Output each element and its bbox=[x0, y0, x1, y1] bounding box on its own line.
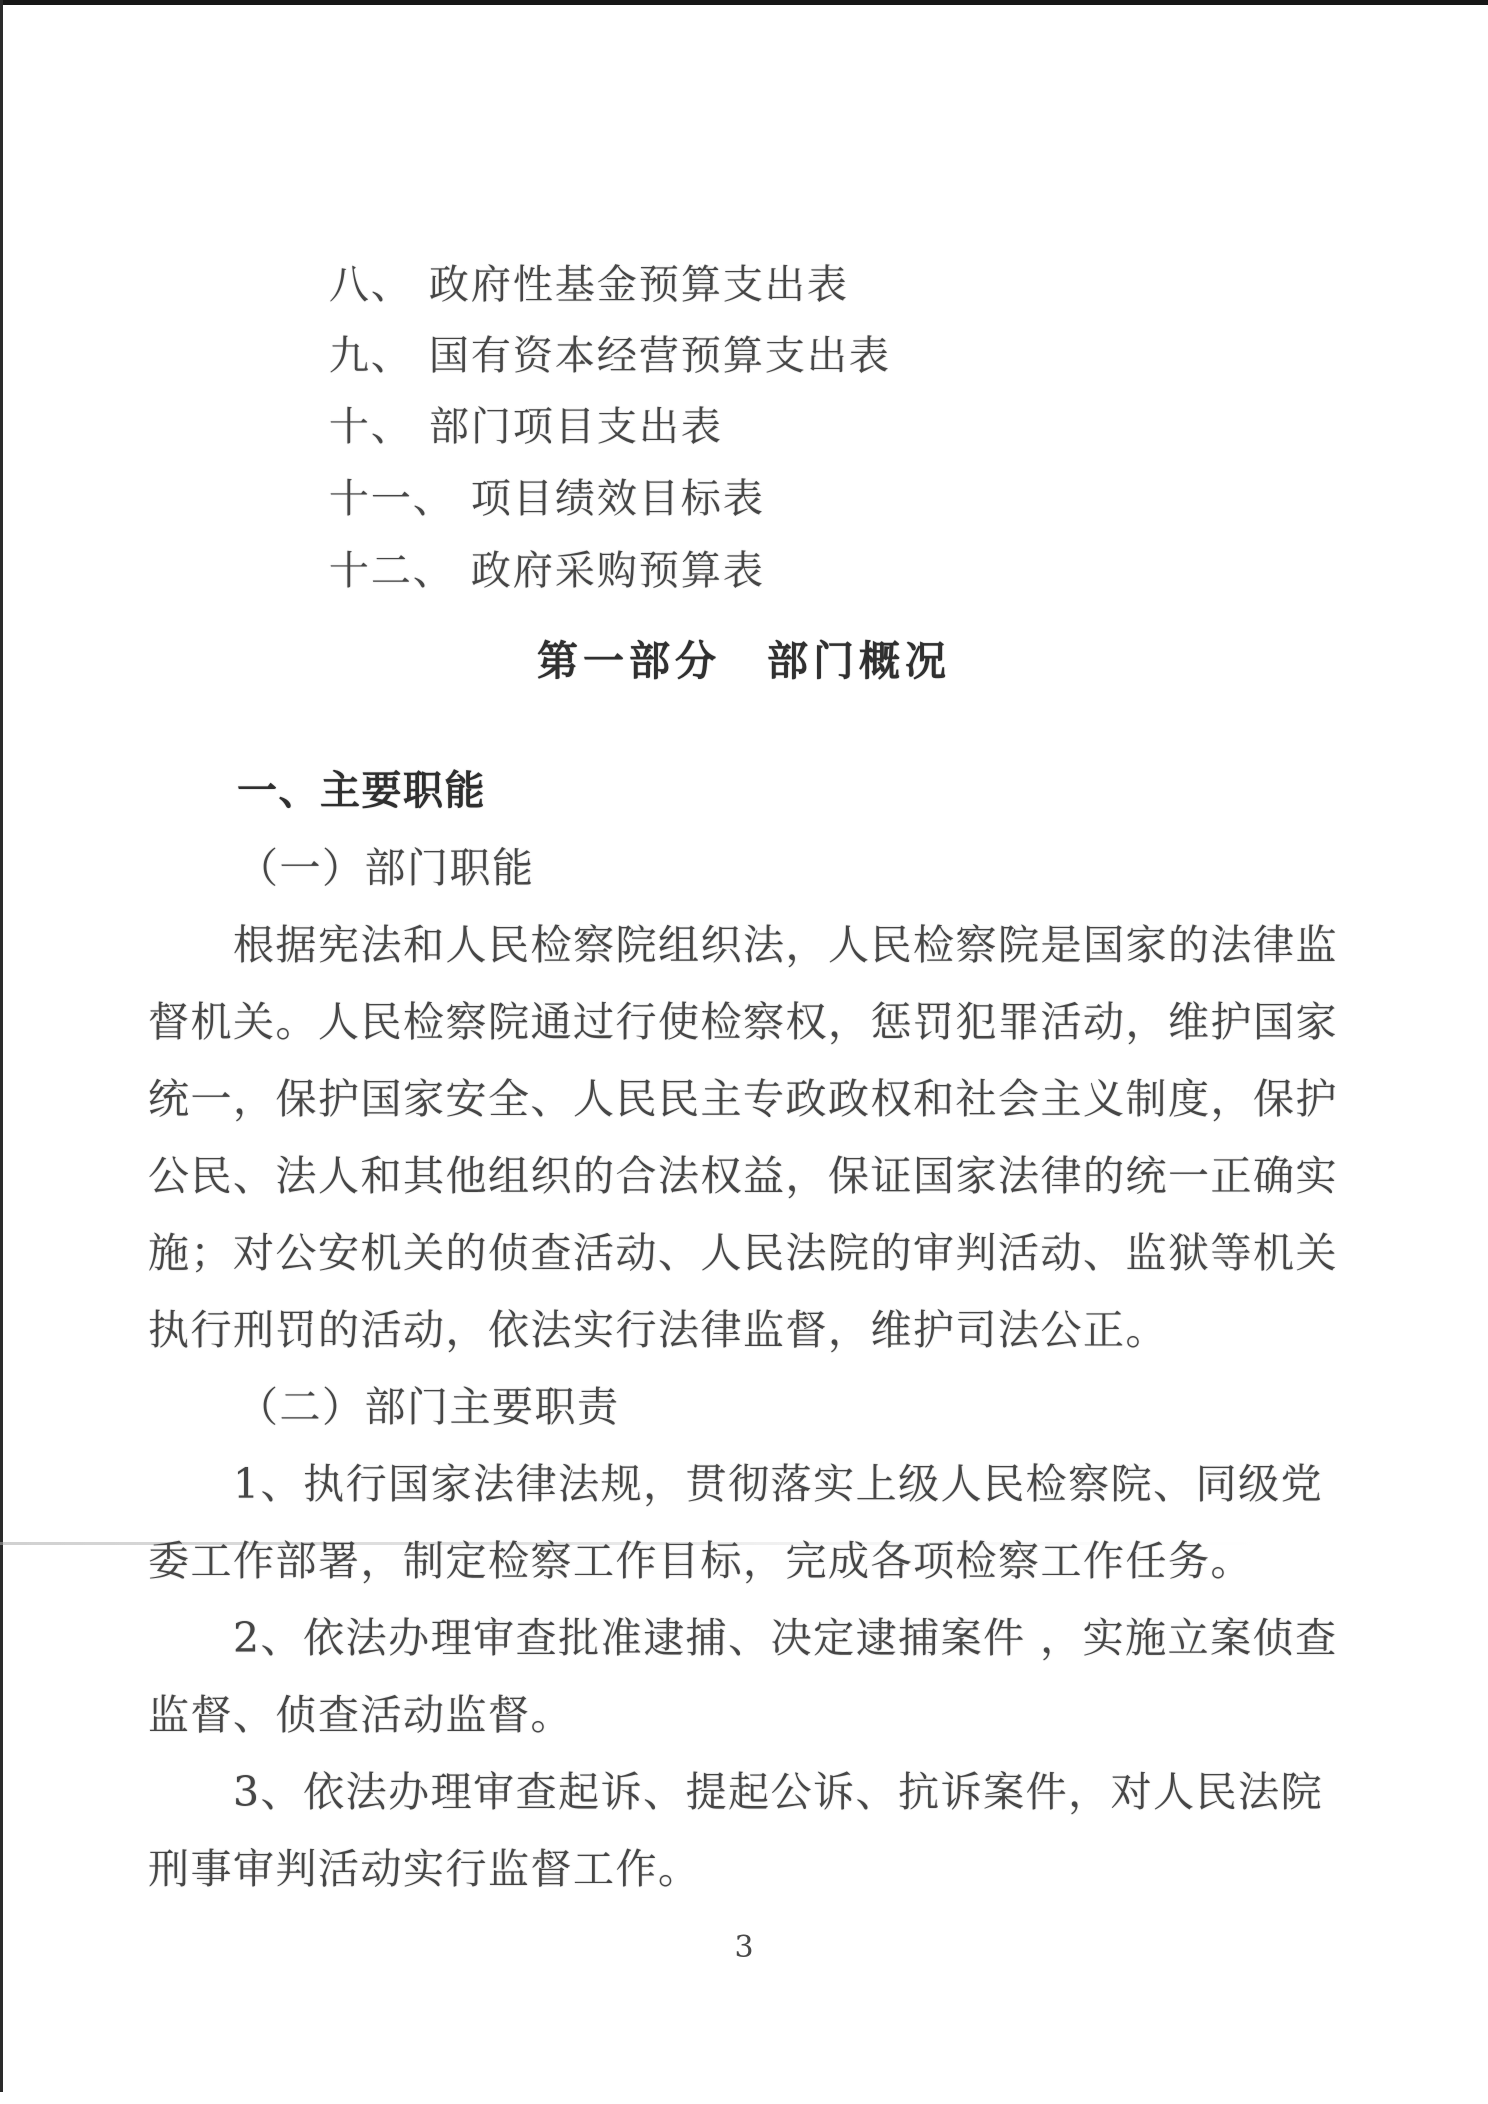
section-title: 一、主要职能 bbox=[237, 768, 486, 814]
paragraph-line: 委工作部署，制定检察工作目标，完成各项检察工作任务。 bbox=[148, 1538, 1253, 1584]
paragraph-line: 监督、侦查活动监督。 bbox=[148, 1692, 573, 1738]
paragraph-line: 刑事审判活动实行监督工作。 bbox=[148, 1846, 701, 1892]
paragraph-line: 统一，保护国家安全、人民民主专政政权和社会主义制度，保护 bbox=[148, 1076, 1338, 1122]
paragraph-line: 根据宪法和人民检察院组织法，人民检察院是国家的法律监 bbox=[233, 922, 1338, 968]
toc-item-marker: 十二、 bbox=[329, 548, 455, 594]
paragraph-line: 1、执行国家法律法规，贯彻落实上级人民检察院、同级党 bbox=[233, 1461, 1323, 1507]
subsection-title: （二）部门主要职责 bbox=[237, 1384, 620, 1430]
paragraph-line: 公民、法人和其他组织的合法权益，保证国家法律的统一正确实 bbox=[148, 1153, 1338, 1199]
part-heading: 第一部分 部门概况 bbox=[0, 628, 1488, 687]
scan-edge-left bbox=[0, 0, 3, 2092]
paragraph-line: 督机关。人民检察院通过行使检察权，惩罚犯罪活动，维护国家 bbox=[148, 999, 1338, 1045]
paragraph-line: 2、依法办理审查批准逮捕、决定逮捕案件 ，实施立案侦查 bbox=[233, 1615, 1338, 1661]
page-number: 3 bbox=[0, 1930, 1488, 1965]
paragraph-line: 施；对公安机关的侦查活动、人民法院的审判活动、监狱等机关 bbox=[148, 1230, 1338, 1276]
toc-item: 十二、政府采购预算表 bbox=[270, 493, 765, 642]
scan-edge-top bbox=[0, 0, 1488, 5]
subsection-title: （一）部门职能 bbox=[237, 845, 535, 891]
toc-item-title: 政府采购预算表 bbox=[471, 548, 765, 594]
scanned-document-page: 八、政府性基金预算支出表 九、国有资本经营预算支出表 十、部门项目支出表 十一、… bbox=[0, 0, 1488, 2104]
paragraph-line: 3、依法办理审查起诉、提起公诉、抗诉案件，对人民法院 bbox=[233, 1769, 1323, 1815]
paragraph-line: 执行刑罚的活动，依法实行法律监督，维护司法公正。 bbox=[148, 1307, 1168, 1353]
